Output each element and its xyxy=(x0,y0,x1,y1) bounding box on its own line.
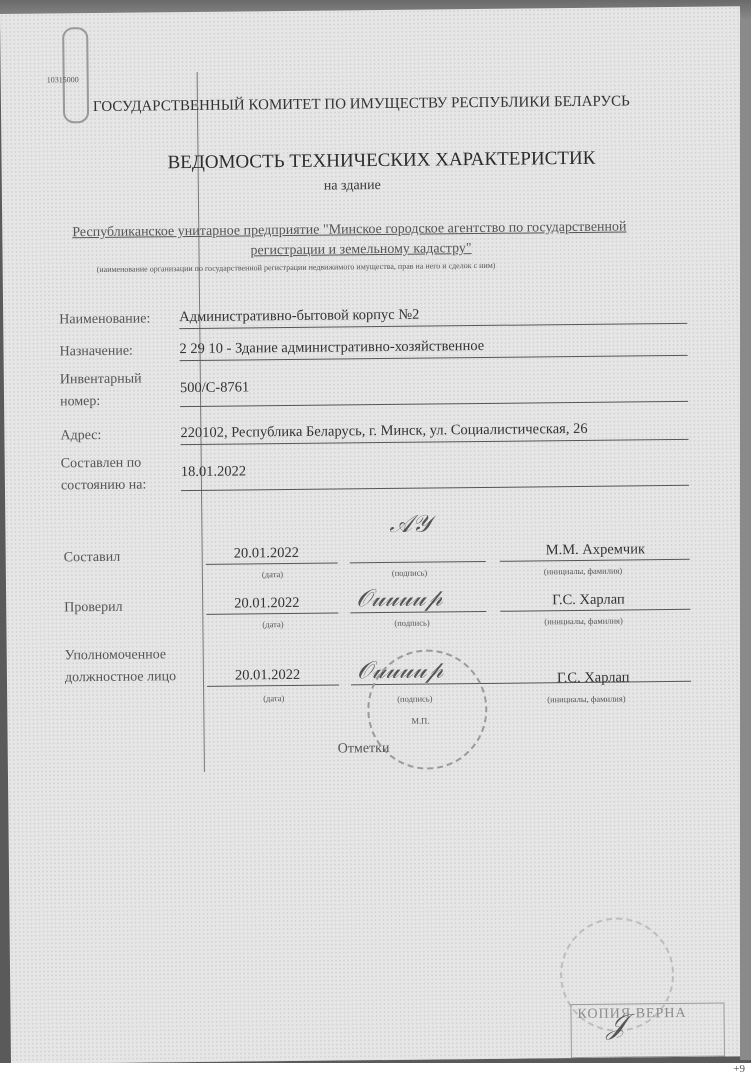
sign-name-checked: Г.С. Харлап xyxy=(552,591,625,609)
sign-date-compiled: 20.01.2022 xyxy=(234,545,299,563)
sign-role-compiled: Составил xyxy=(64,547,121,570)
organization-hint: (наименование организации по государстве… xyxy=(97,261,496,274)
signature-underline xyxy=(350,561,486,563)
caption-name: (инициалы, фамилия) xyxy=(544,616,622,627)
field-label-address: Адрес: xyxy=(60,425,101,447)
field-label-as-of-2: состоянию на: xyxy=(61,474,147,497)
caption-date: (дата) xyxy=(262,569,283,579)
caption-date: (дата) xyxy=(263,693,284,703)
page-mark: +9 xyxy=(733,1063,745,1075)
name-underline xyxy=(500,609,690,612)
handwritten-signature-ahremchik: 𝒜𝒴 xyxy=(389,510,431,538)
field-label-inventory-1: Инвентарный xyxy=(60,369,142,392)
caption-signature: (подпись) xyxy=(392,568,427,578)
document-page: 10315000 ГОСУДАРСТВЕННЫЙ КОМИТЕТ ПО ИМУЩ… xyxy=(0,6,751,1064)
field-label-as-of-1: Составлен по xyxy=(61,453,142,476)
copy-certified-stamp: КОПИЯ ВЕРНА xyxy=(570,1002,725,1058)
sign-date-checked: 20.01.2022 xyxy=(234,595,299,613)
sign-date-authorized: 20.01.2022 xyxy=(235,667,300,685)
sign-name-compiled: М.М. Ахремчик xyxy=(546,541,646,559)
field-value-as-of: 18.01.2022 xyxy=(181,463,246,481)
field-value-purpose: 2 29 10 - Здание административно-хозяйст… xyxy=(179,338,484,358)
marks-label: Отметки xyxy=(338,738,390,761)
scan-background-bottom: +9 xyxy=(0,1063,751,1077)
field-value-address: 220102, Республика Беларусь, г. Минск, у… xyxy=(180,421,587,442)
name-underline xyxy=(500,559,690,562)
caption-name: (инициалы, фамилия) xyxy=(547,693,625,704)
document-subtitle: на здание xyxy=(324,178,381,195)
field-label-purpose: Назначение: xyxy=(59,341,133,364)
field-value-name: Административно-бытовой корпус №2 xyxy=(179,307,419,327)
document-title: ВЕДОМОСТЬ ТЕХНИЧЕСКИХ ХАРАКТЕРИСТИК xyxy=(167,148,595,174)
field-value-inventory: 500/С-8761 xyxy=(180,379,249,397)
agency-name: ГОСУДАРСТВЕННЫЙ КОМИТЕТ ПО ИМУЩЕСТВУ РЕС… xyxy=(93,93,630,116)
organization-line-2: регистрации и земельному кадастру" xyxy=(250,241,471,259)
date-underline xyxy=(206,612,338,614)
caption-date: (дата) xyxy=(262,619,283,629)
sign-role-checked: Проверил xyxy=(64,597,123,620)
field-underline xyxy=(180,401,688,407)
field-underline xyxy=(181,485,689,491)
handwritten-signature-copy: 𝒥 xyxy=(606,1008,626,1042)
sign-name-authorized: Г.С. Харлап xyxy=(557,669,630,687)
doc-number: 10315000 xyxy=(47,75,79,84)
caption-signature: (подпись) xyxy=(394,618,429,628)
field-label-inventory-2: номер: xyxy=(60,391,100,413)
scan-background-right xyxy=(740,20,751,1060)
sign-role-authorized-1: Уполномоченное xyxy=(65,644,167,667)
caption-name: (инициалы, фамилия) xyxy=(544,566,622,577)
field-label-name: Наименование: xyxy=(59,308,150,331)
seal-caption: М.П. xyxy=(411,716,429,726)
date-underline xyxy=(207,684,339,686)
sign-role-authorized-2: должностное лицо xyxy=(65,666,176,689)
organization-line-1: Республиканское унитарное предприятие "М… xyxy=(72,219,626,241)
fold-line xyxy=(197,72,205,772)
handwritten-signature-harlap: 𝒪𝓊𝓊𝓊𝓊𝓅 xyxy=(356,583,443,612)
date-underline xyxy=(206,562,338,564)
copy-stamp-text: КОПИЯ ВЕРНА xyxy=(577,1006,686,1022)
